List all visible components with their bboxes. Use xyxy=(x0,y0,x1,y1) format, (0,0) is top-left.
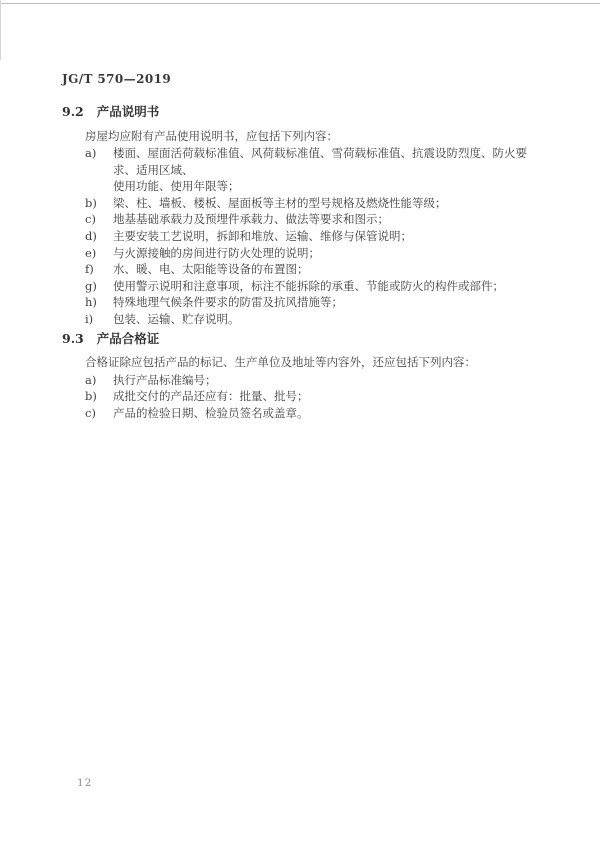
list-item-label: a) xyxy=(85,145,113,195)
list-item: h) 特殊地理气候条件要求的防雷及抗风措施等； xyxy=(85,294,540,311)
list-item-label: b) xyxy=(85,195,113,212)
list-item: e) 与火源接触的房间进行防火处理的说明； xyxy=(85,245,540,262)
section-number: 9.2 xyxy=(62,103,84,121)
list-item-label: a) xyxy=(85,372,113,389)
list-item: d) 主要安装工艺说明，拆卸和堆放、运输、维修与保管说明； xyxy=(85,228,540,245)
list-item-text: 楼面、屋面活荷载标准值、风荷载标准值、雪荷载标准值、抗震设防烈度、防火要求、适用… xyxy=(113,145,540,195)
list-item-text: 主要安装工艺说明，拆卸和堆放、运输、维修与保管说明； xyxy=(113,228,540,245)
list-item-text: 水、暖、电、太阳能等设备的布置图； xyxy=(113,261,540,278)
list-item-text: 成批交付的产品还应有：批量、批号； xyxy=(113,388,540,405)
list-item: b) 成批交付的产品还应有：批量、批号； xyxy=(85,388,540,405)
section-intro-paragraph: 房屋均应附有产品使用说明书，应包括下列内容： xyxy=(62,128,540,145)
list-item: c) 产品的检验日期、检验员签名或盖章。 xyxy=(85,405,540,422)
list-item-label: h) xyxy=(85,294,113,311)
list-item-label: g) xyxy=(85,278,113,295)
section-number: 9.3 xyxy=(62,330,84,348)
section-heading-9-3: 9.3产品合格证 xyxy=(62,330,540,348)
list-item: a) 执行产品标准编号； xyxy=(85,372,540,389)
section-heading-9-2: 9.2产品说明书 xyxy=(62,103,540,121)
list-item-text: 执行产品标准编号； xyxy=(113,372,540,389)
scan-edge-artifact-left xyxy=(0,0,1,60)
list-item: b) 梁、柱、墙板、楼板、屋面板等主材的型号规格及燃烧性能等级； xyxy=(85,195,540,212)
list-item: g) 使用警示说明和注意事项，标注不能拆除的承重、节能或防火的构件或部件； xyxy=(85,278,540,295)
document-body: 9.2产品说明书 房屋均应附有产品使用说明书，应包括下列内容： a) 楼面、屋面… xyxy=(62,103,540,422)
list-item-label: d) xyxy=(85,228,113,245)
list-item-text: 梁、柱、墙板、楼板、屋面板等主材的型号规格及燃烧性能等级； xyxy=(113,195,540,212)
list-item: f) 水、暖、电、太阳能等设备的布置图； xyxy=(85,261,540,278)
scan-edge-artifact xyxy=(0,3,600,4)
list-item-text: 产品的检验日期、检验员签名或盖章。 xyxy=(113,405,540,422)
list-item-label: i) xyxy=(85,311,113,328)
list-item-label: c) xyxy=(85,211,113,228)
page-number: 12 xyxy=(77,777,92,789)
list-item-label: e) xyxy=(85,245,113,262)
list-item-text: 与火源接触的房间进行防火处理的说明； xyxy=(113,245,540,262)
list-item: c) 地基基础承载力及预埋件承载力、做法等要求和图示； xyxy=(85,211,540,228)
section-title: 产品说明书 xyxy=(97,104,160,119)
list-item-text: 特殊地理气候条件要求的防雷及抗风措施等； xyxy=(113,294,540,311)
list-item-text: 地基基础承载力及预埋件承载力、做法等要求和图示； xyxy=(113,211,540,228)
list-item-label: f) xyxy=(85,261,113,278)
list-item-text: 使用警示说明和注意事项，标注不能拆除的承重、节能或防火的构件或部件； xyxy=(113,278,540,295)
list-item: a) 楼面、屋面活荷载标准值、风荷载标准值、雪荷载标准值、抗震设防烈度、防火要求… xyxy=(85,145,540,195)
list-item-text: 包装、运输、贮存说明。 xyxy=(113,311,540,328)
list-item-label: b) xyxy=(85,388,113,405)
document-standard-number: JG/T 570—2019 xyxy=(62,72,171,86)
section-title: 产品合格证 xyxy=(97,331,160,346)
list-item-label: c) xyxy=(85,405,113,422)
list-item: i) 包装、运输、贮存说明。 xyxy=(85,311,540,328)
section-intro-paragraph: 合格证除应包括产品的标记、生产单位及地址等内容外，还应包括下列内容： xyxy=(62,354,540,371)
